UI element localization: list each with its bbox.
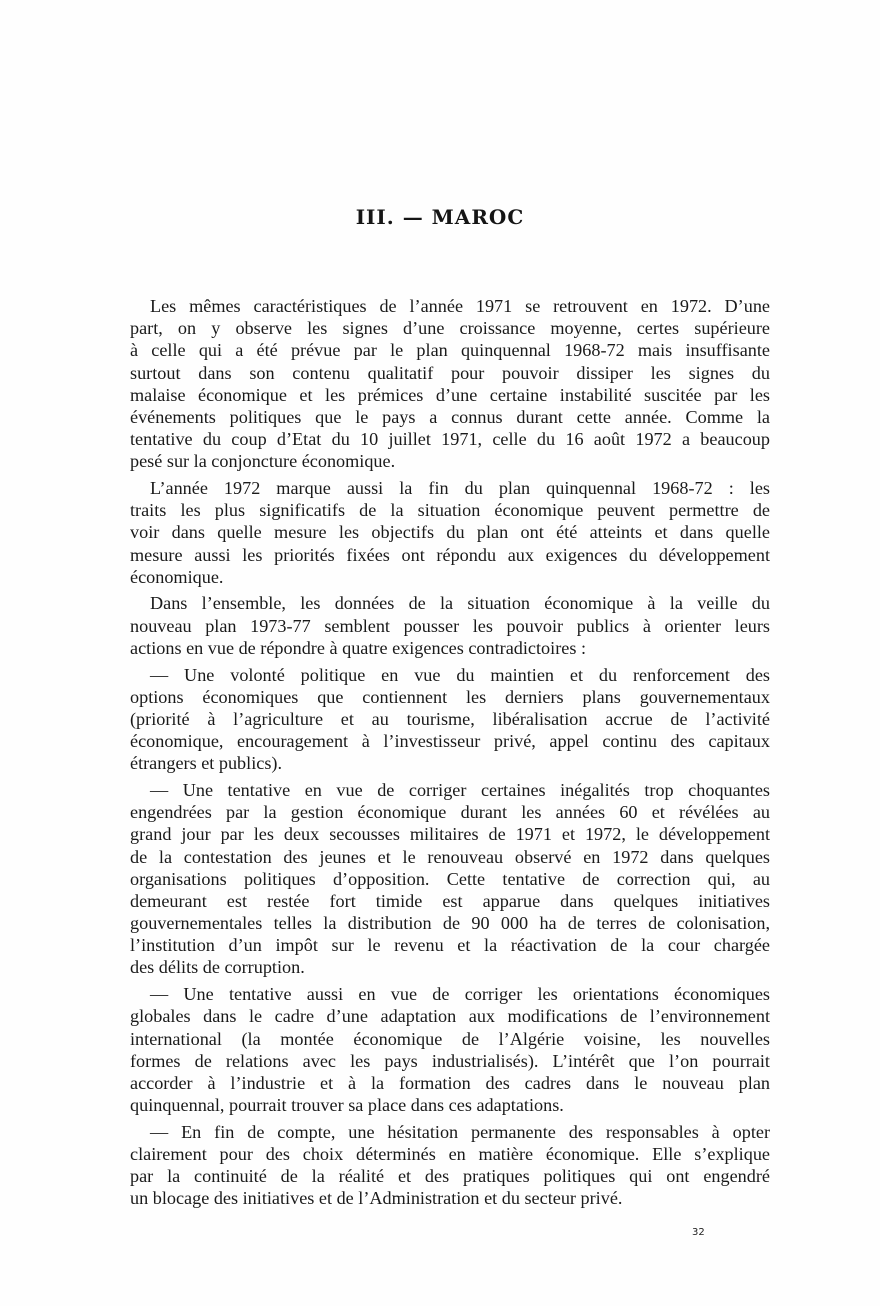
text-line: voir dans quelle mesure les objectifs du… (130, 521, 770, 543)
text-line: Les mêmes caractéristiques de l’année 19… (130, 295, 770, 317)
text-line: mesure aussi les priorités fixées ont ré… (130, 544, 770, 566)
paragraph-3: Dans l’ensemble, les données de la situa… (130, 592, 770, 659)
text-line: — En fin de compte, une hésitation perma… (130, 1121, 770, 1143)
list-item-2: — Une tentative en vue de corriger certa… (130, 779, 770, 979)
section-title: III. — MAROC (0, 205, 880, 229)
page-number: 32 (692, 1227, 705, 1238)
text-line: organisations politiques d’opposition. C… (130, 868, 770, 890)
paragraph-1: Les mêmes caractéristiques de l’année 19… (130, 295, 770, 473)
text-line: — Une tentative en vue de corriger certa… (130, 779, 770, 801)
text-line: — Une volonté politique en vue du mainti… (130, 664, 770, 686)
text-line: un blocage des initiatives et de l’Admin… (130, 1187, 770, 1209)
text-line: à celle qui a été prévue par le plan qui… (130, 339, 770, 361)
text-line: pesé sur la conjoncture économique. (130, 450, 770, 472)
text-line: engendrées par la gestion économique dur… (130, 801, 770, 823)
text-line: tentative du coup d’Etat du 10 juillet 1… (130, 428, 770, 450)
text-line: accorder à l’industrie et à la formation… (130, 1072, 770, 1094)
text-line: nouveau plan 1973-77 semblent pousser le… (130, 615, 770, 637)
text-line: étrangers et publics). (130, 752, 770, 774)
text-line: options économiques que contiennent les … (130, 686, 770, 708)
text-line: — Une tentative aussi en vue de corriger… (130, 983, 770, 1005)
text-line: globales dans le cadre d’une adaptation … (130, 1005, 770, 1027)
text-line: international (la montée économique de l… (130, 1028, 770, 1050)
text-line: formes de relations avec les pays indust… (130, 1050, 770, 1072)
text-line: Dans l’ensemble, les données de la situa… (130, 592, 770, 614)
document-page: III. — MAROC Les mêmes caractéristiques … (0, 0, 880, 1306)
text-line: des délits de corruption. (130, 956, 770, 978)
text-line: surtout dans son contenu qualitatif pour… (130, 362, 770, 384)
text-line: l’institution d’un impôt sur le revenu e… (130, 934, 770, 956)
text-line: traits les plus significatifs de la situ… (130, 499, 770, 521)
list-item-1: — Une volonté politique en vue du mainti… (130, 664, 770, 775)
text-line: grand jour par les deux secousses milita… (130, 823, 770, 845)
text-line: (priorité à l’agriculture et au tourisme… (130, 708, 770, 730)
text-line: malaise économique et les prémices d’une… (130, 384, 770, 406)
text-line: événements politiques que le pays a conn… (130, 406, 770, 428)
text-line: par la continuité de la réalité et des p… (130, 1165, 770, 1187)
paragraph-2: L’année 1972 marque aussi la fin du plan… (130, 477, 770, 588)
text-line: clairement pour des choix déterminés en … (130, 1143, 770, 1165)
list-item-3: — Une tentative aussi en vue de corriger… (130, 983, 770, 1116)
text-line: de la contestation des jeunes et le reno… (130, 846, 770, 868)
body-text: Les mêmes caractéristiques de l’année 19… (130, 295, 770, 1214)
list-item-4: — En fin de compte, une hésitation perma… (130, 1121, 770, 1210)
text-line: quinquennal, pourrait trouver sa place d… (130, 1094, 770, 1116)
text-line: économique. (130, 566, 770, 588)
text-line: actions en vue de répondre à quatre exig… (130, 637, 770, 659)
text-line: part, on y observe les signes d’une croi… (130, 317, 770, 339)
text-line: gouvernementales telles la distribution … (130, 912, 770, 934)
text-line: demeurant est restée fort timide est app… (130, 890, 770, 912)
text-line: L’année 1972 marque aussi la fin du plan… (130, 477, 770, 499)
text-line: économique, encouragement à l’investisse… (130, 730, 770, 752)
